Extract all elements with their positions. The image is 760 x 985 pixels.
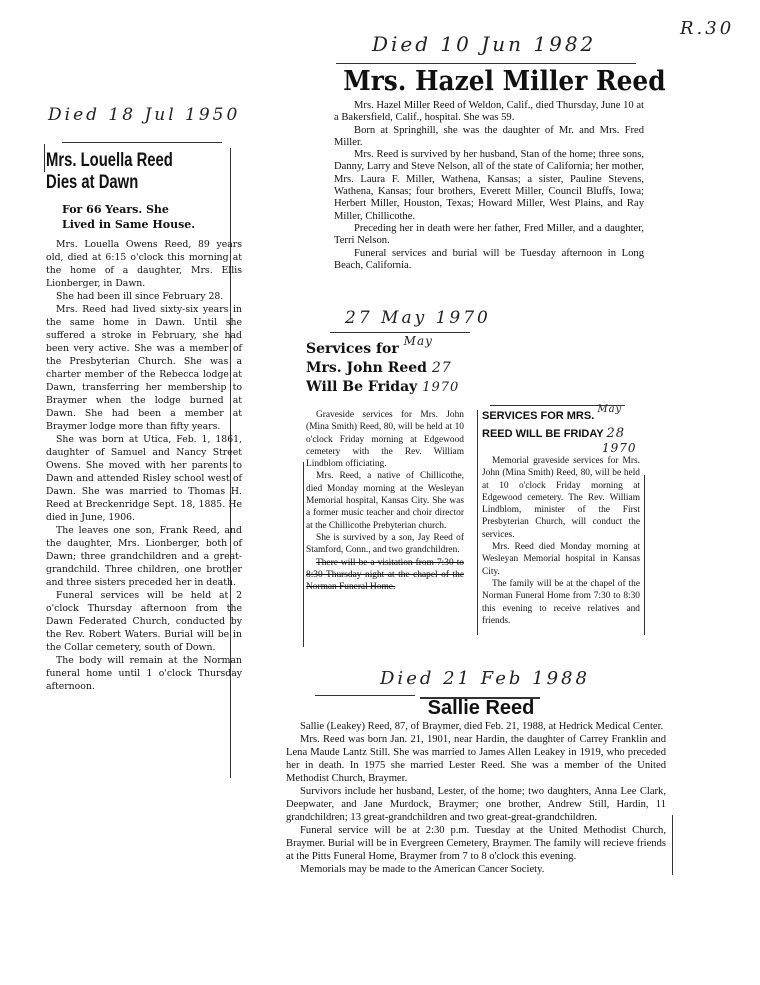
paragraph: Mrs. Reed, a native of Chillicothe, died…: [306, 470, 464, 531]
headline-text: REED WILL BE FRIDAY: [482, 428, 603, 440]
article-body: Sallie (Leakey) Reed, 87, of Braymer, di…: [286, 720, 666, 876]
paragraph: Funeral services and burial will be Tues…: [334, 248, 644, 273]
paragraph: Memorial graveside services for Mrs. Joh…: [482, 455, 640, 541]
paragraph: Survivors include her husband, Lester, o…: [286, 785, 666, 824]
paragraph: Memorials may be made to the American Ca…: [286, 863, 666, 876]
paragraph: Sallie (Leakey) Reed, 87, of Braymer, di…: [286, 720, 666, 733]
page-number-mark: R.30: [680, 18, 734, 39]
paragraph: Graveside services for Mrs. John (Mina S…: [306, 409, 464, 470]
article-body: Mrs. Hazel Miller Reed of Weldon, Calif.…: [334, 100, 644, 272]
headline-line3: Will Be Friday 1970: [306, 378, 464, 397]
paragraph: Mrs. Reed was born Jan. 21, 1901, near H…: [286, 733, 666, 785]
subheadline-line1: For 66 Years. She: [46, 202, 242, 217]
paragraph: The family will be at the chapel of the …: [482, 578, 640, 627]
clip-edge: [477, 410, 478, 635]
headline-line1: Services for May: [306, 340, 464, 359]
paragraph: The leaves one son, Frank Reed, and the …: [46, 524, 242, 589]
clipping-louella-reed: Mrs. Louella Reed Dies at Dawn For 66 Ye…: [46, 150, 242, 693]
headline-text: Services for: [306, 341, 399, 357]
headline: Mrs. Hazel Miller Reed: [334, 66, 666, 98]
paragraph: Funeral service will be at 2:30 p.m. Tue…: [286, 824, 666, 863]
paragraph: She was born at Utica, Feb. 1, 1861, dau…: [46, 433, 242, 524]
handwritten-annotation: May: [597, 404, 622, 415]
paragraph: Funeral services will be held at 2 o'clo…: [46, 589, 242, 654]
handwritten-date-hazel: Died 10 Jun 1982: [372, 32, 596, 56]
clipping-john-reed-services-2: SERVICES FOR MRS. May REED WILL BE FRIDA…: [482, 408, 640, 627]
clipping-john-reed-services: Services for May Mrs. John Reed 27 Will …: [306, 340, 464, 593]
headline-line2: Dies at Dawn: [46, 172, 199, 194]
handwritten-annotation: 27: [432, 360, 452, 376]
handwritten-annotation: May: [404, 334, 433, 348]
paragraph: Preceding her in death were her father, …: [334, 223, 644, 248]
clipping-sallie-reed: Sallie Reed Sallie (Leakey) Reed, 87, of…: [286, 696, 676, 876]
headline-text: Mrs. John Reed: [306, 360, 427, 376]
clipping-hazel-miller-reed: Mrs. Hazel Miller Reed Mrs. Hazel Miller…: [334, 66, 694, 272]
headline-text: Will Be Friday: [306, 379, 417, 395]
subheadline-line2: Lived in Same House.: [46, 217, 242, 232]
paragraph: Mrs. Reed died Monday morning at Wesleya…: [482, 541, 640, 578]
handwritten-date-louella: Died 18 Jul 1950: [48, 105, 240, 125]
paragraph: There will be a visitation from 7:30 to …: [306, 557, 464, 594]
divider: [330, 332, 470, 333]
clip-edge: [44, 144, 45, 172]
divider: [62, 142, 222, 143]
paragraph: Mrs. Reed had lived sixty-six years in t…: [46, 303, 242, 433]
clip-edge: [644, 475, 645, 635]
paragraph: She is survived by a son, Jay Reed of St…: [306, 532, 464, 557]
headline-text: SERVICES FOR MRS.: [482, 410, 594, 422]
handwritten-annotation: 1970: [422, 380, 459, 395]
headline: Sallie Reed: [286, 696, 676, 720]
paragraph: Born at Springhill, she was the daughter…: [334, 125, 644, 150]
article-body: Memorial graveside services for Mrs. Joh…: [482, 455, 640, 627]
paragraph: The body will remain at the Norman funer…: [46, 654, 242, 693]
paragraph: Mrs. Reed is survived by her husband, St…: [334, 149, 644, 223]
paragraph: Mrs. Hazel Miller Reed of Weldon, Calif.…: [334, 100, 644, 125]
handwritten-annotation: 1970: [482, 443, 640, 453]
handwritten-annotation: 28: [607, 426, 626, 441]
headline-line1: Mrs. Louella Reed: [46, 150, 199, 172]
paragraph: She had been ill since February 28.: [46, 290, 242, 303]
clip-edge: [672, 815, 673, 875]
clip-edge: [303, 462, 304, 647]
article-body: Graveside services for Mrs. John (Mina S…: [306, 409, 464, 593]
divider: [336, 63, 636, 64]
headline-line1: SERVICES FOR MRS. May: [482, 408, 640, 425]
article-body: Mrs. Louella Owens Reed, 89 years old, d…: [46, 238, 242, 693]
headline-line2: Mrs. John Reed 27: [306, 359, 464, 378]
handwritten-date-sallie: Died 21 Feb 1988: [380, 668, 590, 689]
handwritten-date-john-reed: 27 May 1970: [345, 308, 491, 328]
paragraph: Mrs. Louella Owens Reed, 89 years old, d…: [46, 238, 242, 290]
